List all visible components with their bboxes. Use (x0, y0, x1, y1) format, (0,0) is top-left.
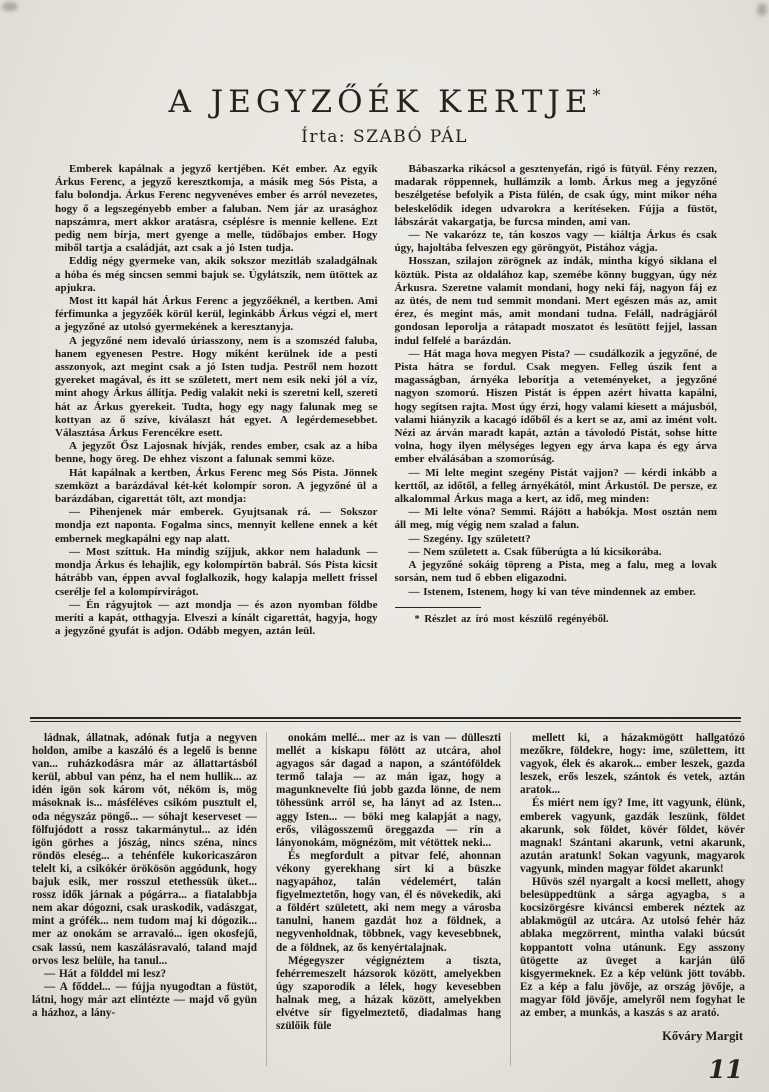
paragraph: — Szegény. Igy született? (395, 533, 718, 546)
article-title: A JEGYZŐÉK KERTJE* (0, 84, 769, 120)
continuation-article: ládnak, állatnak, adónak futja a negyven… (32, 732, 745, 1066)
continuation-column-3: mellett ki, a házakmögött hallgatózó mez… (510, 732, 745, 1066)
author-signature: Kőváry Margit (520, 1029, 743, 1044)
continuation-column-3-text: mellett ki, a házakmögött hallgatózó mez… (520, 732, 745, 1020)
paragraph: És miért nem így? Ime, itt vagyunk, élün… (520, 797, 745, 876)
article-column-right-text: Bábaszarka rikácsol a gesztenyefán, rigó… (395, 163, 718, 599)
footnote: * Részlet az író most készülő regényéből… (395, 613, 718, 626)
scan-artifact (757, 3, 767, 16)
paragraph: Most itt kapál hát Árkus Ferenc a jegyző… (55, 295, 378, 335)
paragraph: — Most szíttuk. Ha mindig szíjjuk, akkor… (55, 546, 378, 599)
paragraph: Hát kapálnak a kertben, Árkus Ferenc meg… (55, 467, 378, 507)
main-article: Emberek kapálnak a jegyző kertjében. Két… (55, 163, 717, 705)
article-column-left: Emberek kapálnak a jegyző kertjében. Két… (55, 163, 378, 705)
paragraph: Emberek kapálnak a jegyző kertjében. Két… (55, 163, 378, 255)
paragraph: A jegyzőné nem idevaló úriasszony, nem i… (55, 335, 378, 441)
article-column-right: Bábaszarka rikácsol a gesztenyefán, rigó… (395, 163, 718, 705)
continuation-column-1: ládnak, állatnak, adónak futja a negyven… (32, 732, 266, 1066)
paragraph: A jegyzőt Ősz Lajosnak hívják, rendes em… (55, 440, 378, 466)
paragraph: — Hát maga hova megyen Pista? — csudálko… (395, 348, 718, 467)
paragraph: Bábaszarka rikácsol a gesztenyefán, rigó… (395, 163, 718, 229)
footnote-rule (395, 607, 481, 608)
paragraph: onokám mellé... mer az is van — dülleszt… (276, 732, 501, 850)
page-number: 11 (708, 1055, 743, 1084)
paragraph: Hosszan, szilajon zörögnek az indák, min… (395, 255, 718, 347)
paragraph: — Pihenjenek már emberek. Gyujtsanak rá.… (55, 506, 378, 546)
masthead: A JEGYZŐÉK KERTJE* Írta: SZABÓ PÁL (0, 0, 769, 147)
paragraph: ládnak, állatnak, adónak futja a negyven… (32, 732, 257, 968)
magazine-page: A JEGYZŐÉK KERTJE* Írta: SZABÓ PÁL Ember… (0, 0, 769, 1092)
footnote-block: * Részlet az író most készülő regényéből… (395, 607, 718, 626)
paragraph: Mégegyszer végignéztem a tiszta, fehérre… (276, 955, 501, 1034)
footnote-asterisk: * (592, 86, 600, 105)
paragraph: mellett ki, a házakmögött hallgatózó mez… (520, 732, 745, 797)
paragraph: — Ne vakarózz te, tán koszos vagy — kiál… (395, 229, 718, 255)
section-divider (30, 717, 741, 722)
article-byline: Írta: SZABÓ PÁL (0, 127, 769, 147)
paragraph: És megfordult a pitvar felé, ahonnan vék… (276, 850, 501, 955)
paragraph: — Mi lelte vóna? Semmi. Rájött a habókja… (395, 506, 718, 532)
paragraph: Eddig négy gyermeke van, akik sokszor me… (55, 255, 378, 295)
paragraph: — Nem született a. Csak fűberúgta a lú k… (395, 546, 718, 559)
paragraph: — A főddel... — fújja nyugodtan a füstöt… (32, 981, 257, 1020)
scan-artifact (2, 2, 18, 11)
paragraph: Hűvös szél nyargalt a kocsi mellett, aho… (520, 876, 745, 1020)
paragraph: — Istenem, Istenem, hogy ki van téve min… (395, 586, 718, 599)
paragraph: A jegyzőné sokáig töpreng a Pista, meg a… (395, 559, 718, 585)
article-title-text: A JEGYZŐÉK KERTJE (169, 84, 593, 120)
paragraph: — Hát a földdel mi lesz? (32, 968, 257, 981)
paragraph: — Mi lelte megint szegény Pistát vajjon?… (395, 467, 718, 507)
continuation-column-2: onokám mellé... mer az is van — dülleszt… (266, 732, 510, 1066)
paragraph: — Én rágyujtok — azt mondja — és azon ny… (55, 599, 378, 639)
